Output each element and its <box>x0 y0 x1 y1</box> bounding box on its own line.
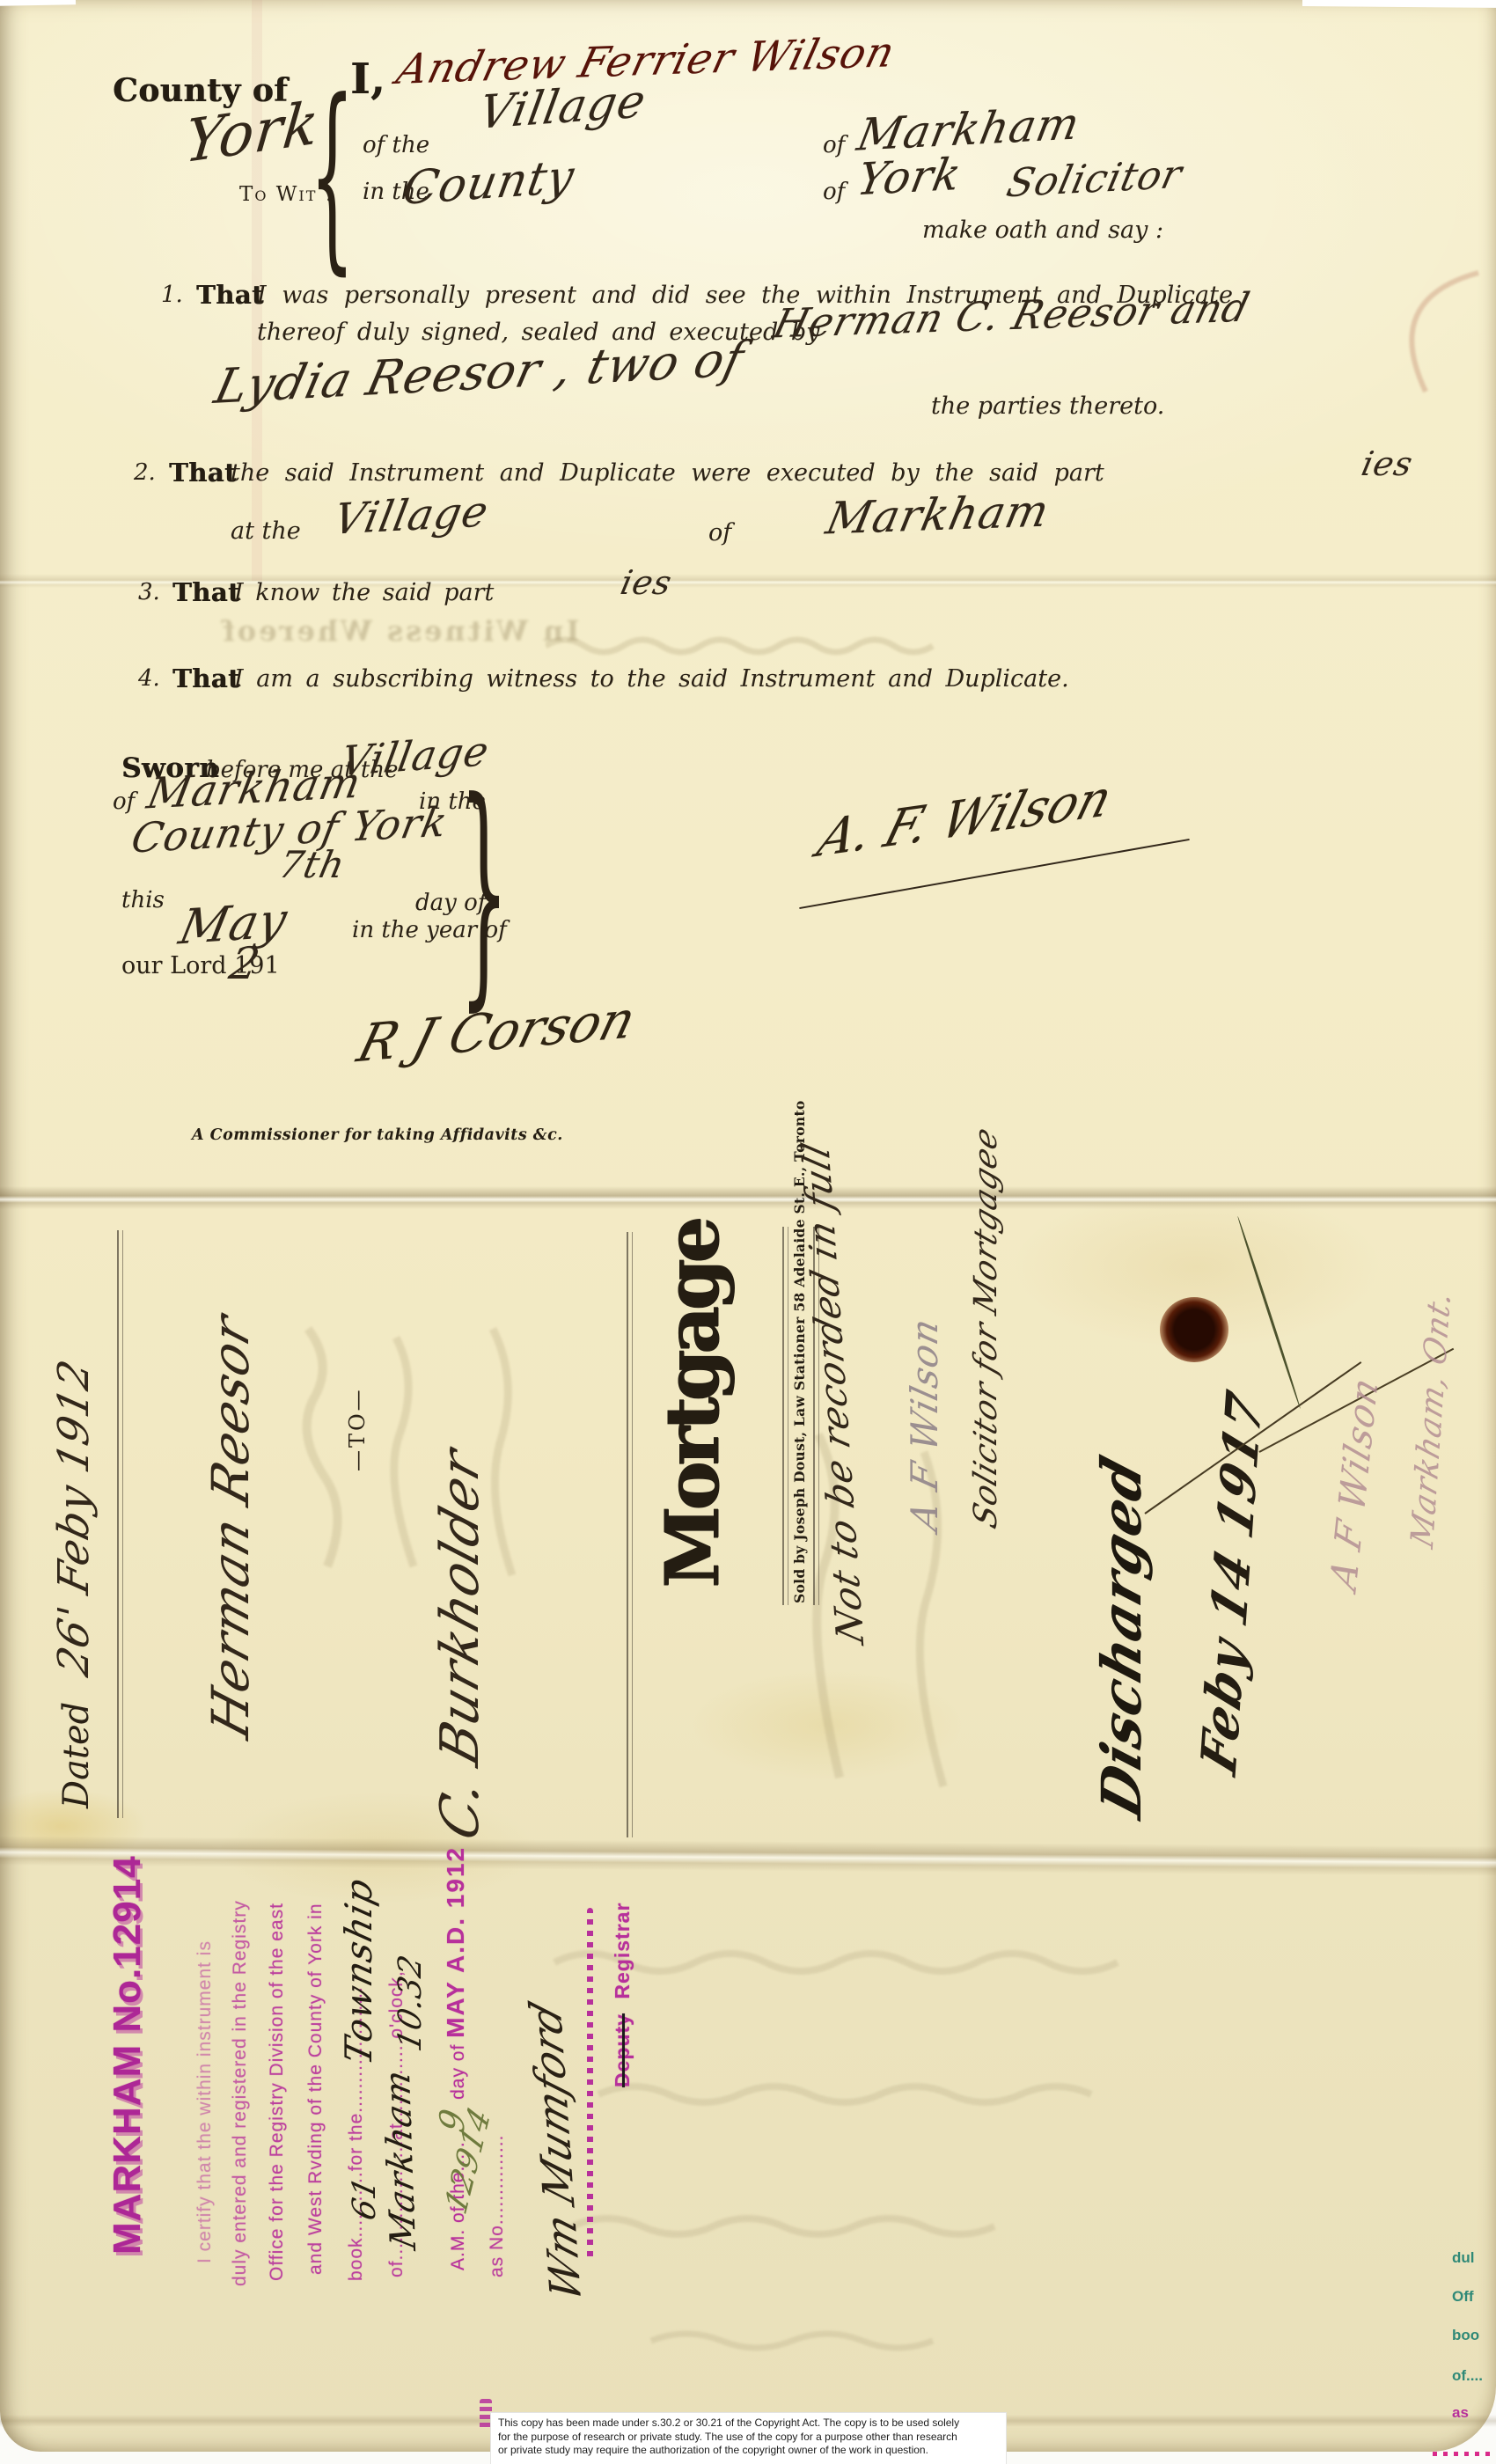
item2-place: Markham <box>822 485 1054 544</box>
item4-that: That <box>172 664 240 693</box>
stamp-cert-line1: I certify that the within instrument is <box>194 1940 216 2263</box>
edge-fragment: Off <box>1452 2288 1474 2306</box>
discharge-flourish <box>1236 1216 1302 1410</box>
item3-that: That <box>172 577 240 607</box>
to-label: —TO— <box>345 1387 370 1471</box>
header-brace: { <box>310 56 355 293</box>
fold-crease-lower <box>0 1836 1496 1876</box>
edge-fragment: as <box>1452 2404 1469 2422</box>
item1-that: That <box>196 280 264 310</box>
ink-blot <box>1160 1297 1228 1362</box>
dated-label: Dated <box>56 1702 97 1808</box>
grantee-script: C. Burkholder <box>429 1441 491 1847</box>
place-hand: Markham <box>853 98 1084 161</box>
docket-rule-1 <box>117 1230 123 1818</box>
pencil-place-script: Markham, Ont. <box>1404 1286 1457 1552</box>
pencil-owner-place: Markham, Ont. <box>1404 1290 1458 1548</box>
stamp-cert-line2: duly entered and registered in the Regis… <box>230 1900 251 2286</box>
occupation-hand: Solicitor <box>1002 151 1186 206</box>
item2-ies: ies <box>1358 444 1417 483</box>
item3-ies: ies <box>617 563 676 602</box>
deputy-word: Deputy <box>611 2013 634 2087</box>
bleedthrough-text: In Witness Whereof <box>220 614 579 648</box>
place-type-hand: Village <box>475 75 650 140</box>
county-name-hand: York <box>853 149 965 206</box>
oath-line: make oath and say : <box>922 216 1163 244</box>
fold-crease-middle <box>0 1186 1496 1209</box>
dated-line: Dated 26' Feby 1912 <box>49 1360 99 1808</box>
jurat-this: this <box>121 887 165 913</box>
hand-time-script: 10.32 <box>392 1951 429 2055</box>
deputy-registrar-title: Deputy Registrar <box>611 1903 634 2087</box>
edge-fragment: of.... <box>1452 2367 1483 2385</box>
item2-at-the: at the <box>231 517 301 545</box>
item4-line1: I am a subscribing witness to the said I… <box>234 665 1069 693</box>
item3-number: 3. <box>138 579 160 605</box>
jurat-brace: } <box>459 750 509 1031</box>
hand-book-number: 61 <box>347 2177 383 2219</box>
edge-fragment: boo <box>1452 2327 1479 2344</box>
red-ink-bleed <box>1373 264 1496 396</box>
item1-number: 1. <box>161 282 183 308</box>
stamp-header: MARKHAM No.12914 <box>106 1855 150 2255</box>
copyright-notice: This copy has been made under s.30.2 or … <box>491 2413 1006 2464</box>
grantee-name: C. Burkholder <box>429 1451 491 1837</box>
registrar-word: Registrar <box>611 1903 634 1999</box>
top-left-page-edge <box>0 0 76 6</box>
bleedthrough-squiggle <box>546 634 1038 656</box>
bleedthrough-squiggle <box>546 1936 1338 2394</box>
solicitor-for-mortgagee: Solicitor for Mortgagee <box>968 1128 1004 1527</box>
grantor-script: Herman Reesor <box>201 1307 260 1745</box>
edge-fragment: dul <box>1452 2249 1475 2267</box>
commissioner-title: A Commissioner for taking Affidavits &c. <box>192 1126 563 1144</box>
item2-line1: the said Instrument and Duplicate were e… <box>231 459 1104 487</box>
pencil-owner-name: A F Wilson <box>1322 1376 1387 1590</box>
jurat-day: 7th <box>275 843 349 886</box>
item3-line1: I know the said part <box>234 579 494 606</box>
copyright-line3: or private study may require the authori… <box>498 2444 999 2458</box>
i-comma: I, <box>350 55 385 104</box>
discharge-script-1: Discharged <box>1089 1448 1154 1825</box>
scanned-document: In Witness Whereof County of York To Wit… <box>0 0 1496 2464</box>
of-the-label: of the <box>363 132 429 158</box>
grantor-name: Herman Reesor <box>201 1316 260 1735</box>
dated-value: 26' Feby 1912 <box>49 1354 99 1681</box>
edge-stamp-dots <box>1433 2452 1494 2456</box>
hand-time: 10.32 <box>392 1955 429 2050</box>
hand-place-markham: Markham <box>378 2070 424 2249</box>
hand-township: Township <box>337 1879 380 2064</box>
of-label-2: of <box>823 179 845 205</box>
copyright-line1: This copy has been made under s.30.2 or … <box>498 2416 999 2431</box>
item2-place-type: Village <box>330 487 493 545</box>
jurat-of: of <box>113 788 135 815</box>
stationer-rule-left <box>782 1227 788 1605</box>
stamp-cert-line4: and West Rvding of the County of York in <box>305 1903 326 2275</box>
copyright-line2: for the purpose of research or private s… <box>498 2431 999 2445</box>
stamp-stray-mark <box>480 2399 492 2431</box>
of-label: of <box>823 132 845 158</box>
pencil-solicitor-name: A F Wilson <box>903 1319 946 1529</box>
discharge-script-2: Feby 14 1917 <box>1191 1383 1273 1783</box>
item2-number: 2. <box>134 459 156 486</box>
stamp-date-caps: MAY A.D. 1912 <box>442 1846 469 2038</box>
stamp-dotted-signature-line <box>587 1908 593 2262</box>
item2-of: of <box>708 519 731 546</box>
witness-signature: A. F. Wilson <box>811 768 1118 869</box>
top-right-page-edge <box>1302 0 1496 8</box>
solicitor-script: Solicitor for Mortgagee <box>968 1122 1004 1534</box>
hand-township-script: Township <box>337 1874 380 2069</box>
item1-tail: the parties thereto. <box>931 392 1164 420</box>
stamp-cert-line3: Office for the Registry Division of the … <box>267 1903 288 2281</box>
county-script-hand: County <box>399 150 579 216</box>
hand-book-number-script: 61 <box>347 2173 383 2224</box>
docket-rule-2 <box>627 1232 633 1837</box>
stamp-dayof-text: day of <box>448 2038 468 2100</box>
docket-title: Mortgage <box>649 1221 736 1588</box>
item4-number: 4. <box>138 665 160 692</box>
commissioner-signature: R J Corson <box>351 988 642 1074</box>
paper-page: In Witness Whereof County of York To Wit… <box>0 0 1496 2452</box>
pencil-owner-script: A F Wilson <box>1323 1371 1386 1595</box>
pencil-name-script: A F Wilson <box>903 1314 946 1536</box>
hand-place-script: Markham <box>378 2066 424 2253</box>
item2-that: That <box>169 458 237 488</box>
stamp-as-no-line: as No............... <box>487 2135 508 2277</box>
